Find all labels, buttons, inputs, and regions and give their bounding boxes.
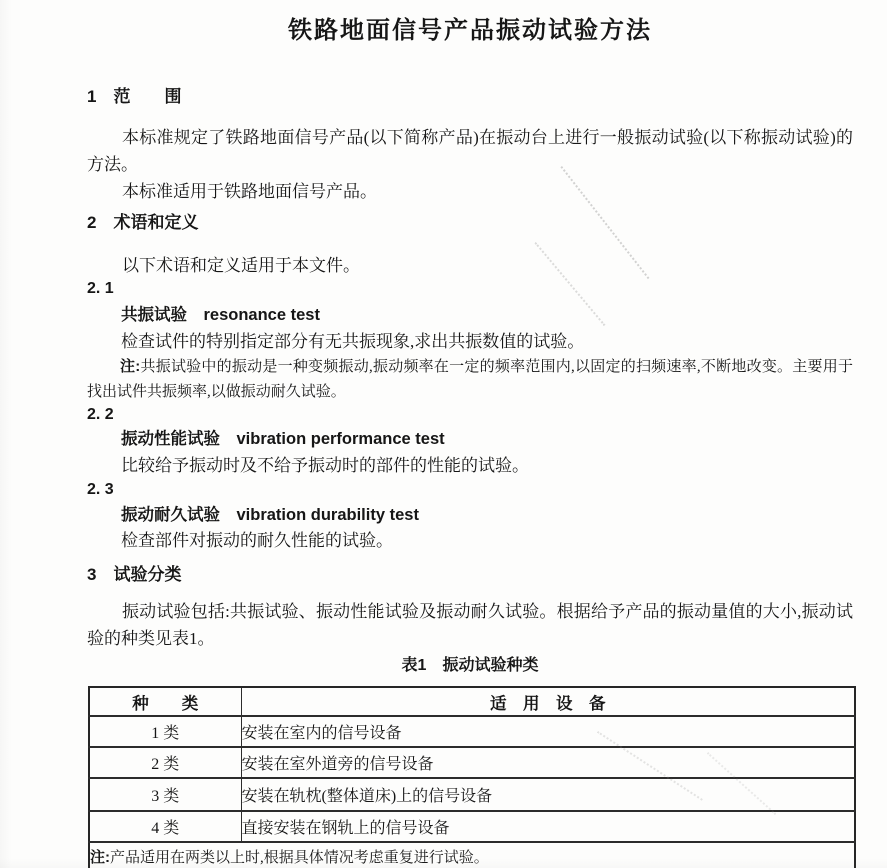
table-note-row: 注:产品适用在两类以上时,根据具体情况考虑重复进行试验。 xyxy=(89,842,855,868)
scope-paragraph-1: 本标准规定了铁路地面信号产品(以下简称产品)在振动台上进行一般振动试验(以下称振… xyxy=(87,124,853,178)
equipment-cell: 直接安装在钢轨上的信号设备 xyxy=(241,811,855,842)
scanned-document-page: 铁路地面信号产品振动试验方法 1 范 围 本标准规定了铁路地面信号产品(以下简称… xyxy=(0,0,887,868)
equipment-cell: 安装在轨枕(整体道床)上的信号设备 xyxy=(241,778,855,811)
table-row: 1 类 安装在室内的信号设备 xyxy=(89,716,855,747)
section-1-heading: 1 范 围 xyxy=(87,86,181,108)
equipment-cell: 安装在室外道旁的信号设备 xyxy=(241,747,855,778)
table-header-row: 种 类 适 用 设 备 xyxy=(89,687,855,716)
term-2-3-definition: 检查部件对振动的耐久性能的试验。 xyxy=(121,529,393,553)
kind-cell: 1 类 xyxy=(89,716,241,747)
scope-paragraph-2: 本标准适用于铁路地面信号产品。 xyxy=(87,178,853,205)
header-equipment: 适 用 设 备 xyxy=(241,687,855,716)
clause-2-3-number: 2. 3 xyxy=(87,479,114,500)
clause-2-1-number: 2. 1 xyxy=(87,278,114,299)
classification-paragraph: 振动试验包括:共振试验、振动性能试验及振动耐久试验。根据给予产品的振动量值的大小… xyxy=(87,598,853,652)
table-row: 2 类 安装在室外道旁的信号设备 xyxy=(89,747,855,778)
table-row: 4 类 直接安装在钢轨上的信号设备 xyxy=(89,811,855,842)
term-2-2-title: 振动性能试验 vibration performance test xyxy=(121,428,445,450)
kind-cell: 2 类 xyxy=(89,747,241,778)
equipment-cell: 安装在室内的信号设备 xyxy=(241,716,855,747)
terms-intro: 以下术语和定义适用于本文件。 xyxy=(87,252,853,279)
table-1-caption: 表1 振动试验种类 xyxy=(87,655,853,676)
table-row: 3 类 安装在轨枕(整体道床)上的信号设备 xyxy=(89,778,855,811)
note-text: 共振试验中的振动是一种变频振动,振动频率在一定的频率范围内,以固定的扫频速率,不… xyxy=(87,359,853,400)
kind-cell: 3 类 xyxy=(89,778,241,811)
term-2-3-title: 振动耐久试验 vibration durability test xyxy=(121,504,419,526)
section-3-heading: 3 试验分类 xyxy=(87,564,181,586)
kind-cell: 4 类 xyxy=(89,811,241,842)
table-note-label: 注: xyxy=(90,849,110,866)
doc-title: 铁路地面信号产品振动试验方法 xyxy=(87,16,853,46)
clause-2-2-number: 2. 2 xyxy=(87,404,114,425)
term-2-2-definition: 比较给予振动时及不给予振动时的部件的性能的试验。 xyxy=(121,454,529,478)
term-2-1-title: 共振试验 resonance test xyxy=(121,304,320,326)
note-label: 注: xyxy=(120,358,140,375)
section-2-heading: 2 术语和定义 xyxy=(87,212,198,234)
term-2-1-note: 注:共振试验中的振动是一种变频振动,振动频率在一定的频率范围内,以固定的扫频速率… xyxy=(87,354,853,405)
test-kind-table: 种 类 适 用 设 备 1 类 安装在室内的信号设备 2 类 安装在室外道旁的信… xyxy=(88,686,856,868)
header-kind: 种 类 xyxy=(89,687,241,716)
table-note: 注:产品适用在两类以上时,根据具体情况考虑重复进行试验。 xyxy=(89,842,855,868)
table-note-text: 产品适用在两类以上时,根据具体情况考虑重复进行试验。 xyxy=(110,850,489,866)
term-2-1-definition: 检查试件的特别指定部分有无共振现象,求出共振数值的试验。 xyxy=(121,330,584,354)
